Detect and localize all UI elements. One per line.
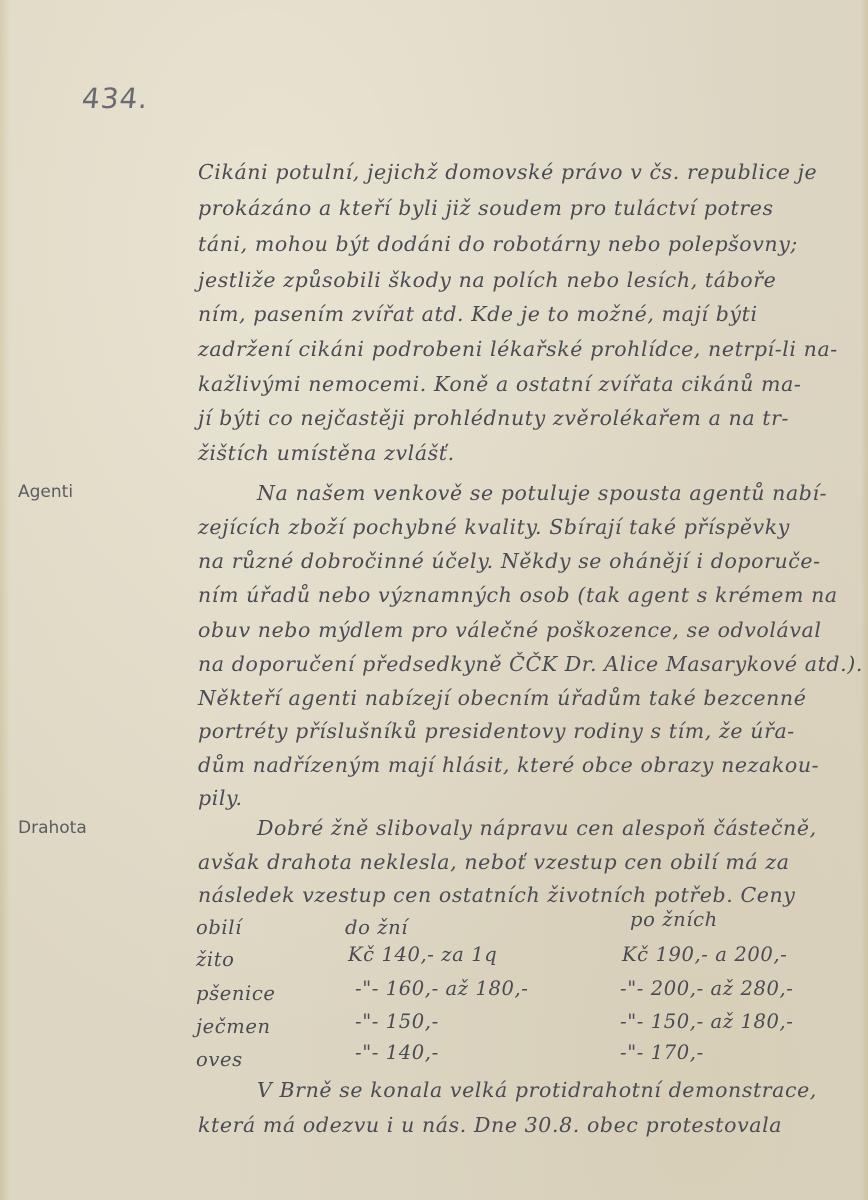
text-line: na doporučení předsedkyně ČČK Dr. Alice … — [198, 652, 863, 676]
table-header-grain: obilí — [196, 916, 242, 939]
table-cell-grain: žito — [196, 948, 235, 971]
text-line: pily. — [198, 786, 243, 810]
text-line: Někteří agenti nabízejí obecním úřadům t… — [198, 686, 806, 710]
text-line: žištích umístěna zvlášť. — [198, 441, 455, 465]
page-number: 434. — [80, 82, 150, 115]
table-cell-before: -"- 150,- — [355, 1010, 439, 1033]
text-line: kažlivými nemocemi. Koně a ostatní zvířa… — [198, 372, 801, 396]
text-line: Dobré žně slibovaly nápravu cen alespoň … — [257, 816, 817, 840]
text-line: zejících zboží pochybné kvality. Sbírají… — [198, 515, 790, 539]
table-cell-after: Kč 190,- a 200,- — [622, 943, 787, 966]
text-line: táni, mohou být dodáni do robotárny nebo… — [198, 232, 798, 256]
text-line: jí býti co nejčastěji prohlédnuty zvěrol… — [198, 406, 789, 430]
text-line: zadržení cikáni podrobeni lékařské prohl… — [198, 337, 838, 361]
table-cell-after: -"- 200,- až 280,- — [620, 977, 793, 1000]
margin-note-drahota: Drahota — [18, 818, 87, 838]
table-header-after-harvest: po žních — [630, 908, 718, 931]
text-line: V Brně se konala velká protidrahotní dem… — [257, 1078, 817, 1102]
text-line: na různé dobročinné účely. Někdy se ohán… — [198, 549, 821, 573]
table-cell-before: -"- 160,- až 180,- — [355, 977, 528, 1000]
text-line: Na našem venkově se potuluje spousta age… — [257, 481, 827, 505]
text-line: obuv nebo mýdlem pro válečné poškozence,… — [198, 618, 822, 642]
text-line: která má odezvu i u nás. Dne 30.8. obec … — [198, 1113, 782, 1137]
table-cell-after: -"- 150,- až 180,- — [620, 1010, 793, 1033]
table-cell-after: -"- 170,- — [620, 1041, 704, 1064]
text-line: jestliže způsobili škody na polích nebo … — [198, 268, 776, 292]
table-cell-before: -"- 140,- — [355, 1041, 439, 1064]
margin-note-agenti: Agenti — [18, 482, 73, 502]
text-line: prokázáno a kteří byli již soudem pro tu… — [198, 196, 774, 220]
table-cell-before: Kč 140,- za 1q — [348, 943, 497, 966]
handwritten-document-page: 434. Cikáni potulní, jejichž domovské pr… — [0, 0, 868, 1200]
table-cell-grain: oves — [196, 1048, 243, 1071]
text-line: ním, pasením zvířat atd. Kde je to možné… — [198, 302, 758, 326]
text-line: portréty příslušníků presidentovy rodiny… — [198, 719, 795, 743]
table-cell-grain: pšenice — [196, 982, 276, 1005]
text-line: Cikáni potulní, jejichž domovské právo v… — [198, 160, 817, 184]
text-line: ním úřadů nebo významných osob (tak agen… — [198, 583, 838, 607]
text-line: avšak drahota neklesla, neboť vzestup ce… — [198, 850, 790, 874]
text-line: dům nadřízeným mají hlásit, které obce o… — [198, 753, 819, 777]
text-line: následek vzestup cen ostatních životních… — [198, 883, 795, 907]
table-header-before-harvest: do žní — [345, 916, 408, 939]
table-cell-grain: ječmen — [196, 1015, 271, 1038]
